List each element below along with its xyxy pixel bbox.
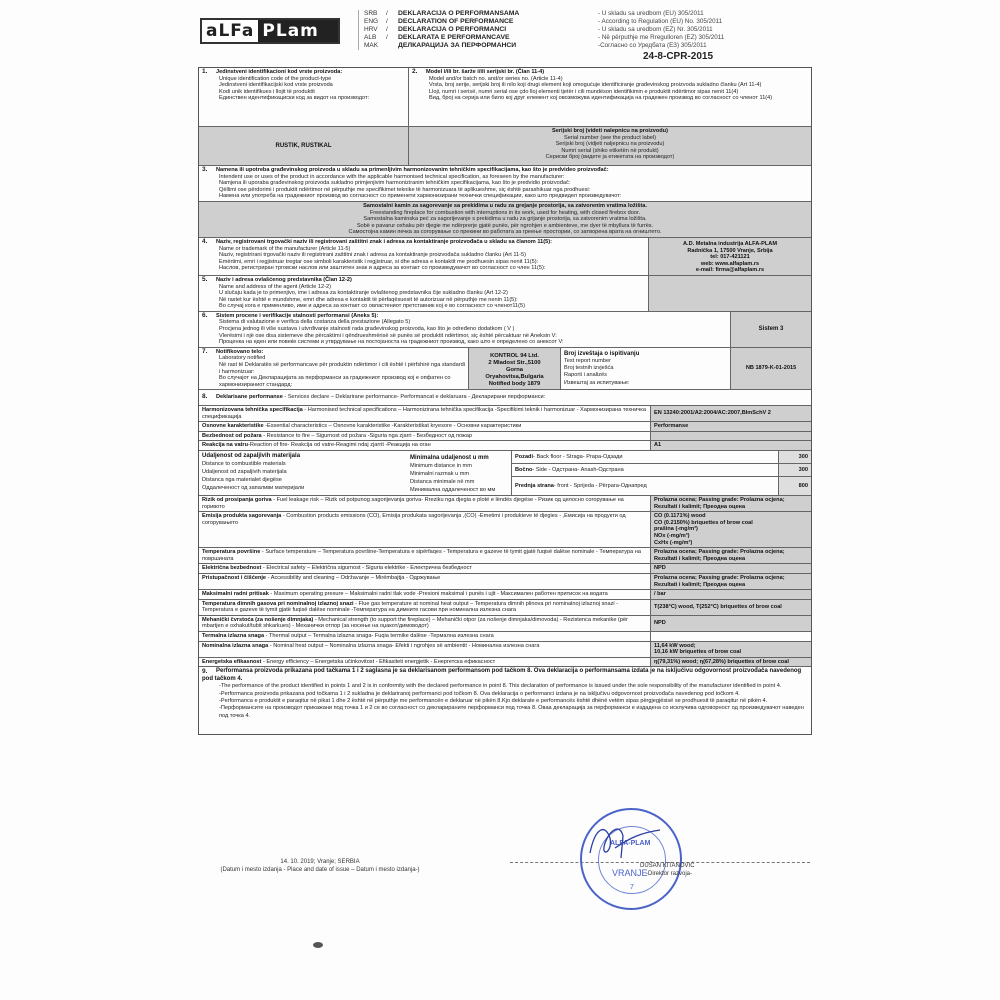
perf-row-essential-characteristics: Osnovne karakteristike -Essential charac… [199, 422, 811, 432]
alfaplam-logo: aLFa PLam [200, 18, 340, 44]
distance-front: Prednja strana - front - Sprijeda - Përp… [512, 477, 811, 495]
manufacturer-address: A.D. Metalna industrija ALFA-PLAM Radnič… [649, 238, 811, 275]
perf-row-accessibility: Pristupačnost i čišćenje - Accessibility… [199, 574, 811, 590]
section-8-header: 8.Deklarisane performanse - Services dec… [199, 390, 811, 406]
product-type-value: RUSTIK, RUSTIKAL [199, 127, 409, 165]
perf-row-thermal-output: Termalna izlazna snaga - Thermal output … [199, 632, 811, 642]
section-6: 6.Sistem procene i verifikacije stalnost… [199, 312, 811, 348]
section-9: 9.Performansa proizvoda prikazana pod ta… [199, 667, 811, 734]
perf-row-distance: Udaljenost od zapaljivih materijala Dist… [199, 451, 811, 496]
notified-body-value: KONTROL 94 Ltd. 2 Mladost Str.,5100 Gorn… [469, 348, 561, 390]
serial-number-value: Serijski broj (videti nalepnicu na proiz… [409, 127, 811, 165]
distance-values: Pozadi - Back floor - Straga- Prapa-Одза… [512, 451, 811, 495]
perf-row-energy-efficiency: Energetska efikasnost - Energy efficienc… [199, 658, 811, 668]
perf-row-electrical-safety: Električna bezbednost - Electrical safet… [199, 564, 811, 574]
section-1-2-values: RUSTIK, RUSTIKAL Serijski broj (videti n… [199, 127, 811, 166]
declaration-table: 1.Jedinstveni identifikacioni kod vrste … [198, 67, 812, 735]
perf-row-max-pressure: Maksimalni radni pritisak - Maximum oper… [199, 590, 811, 600]
language-codes: SRB ENG HRV ALB MAK [358, 10, 378, 50]
perf-row-mechanical-strength: Mehanički čvrstoća (za nošenje dimnjaka)… [199, 616, 811, 632]
regulation-references: - U skladu sa uredbom (EU) 305/2011 - Ac… [598, 10, 724, 50]
section-1-label: 1.Jedinstveni identifikacioni kod vrste … [199, 68, 409, 126]
signature [585, 818, 665, 868]
section-4: 4.Naziv, registrovani trgovački naziv il… [199, 238, 811, 276]
document-number: 24-8-CPR-2015 [588, 51, 768, 62]
issue-date-place: 14. 10. 2019; Vranje; SERBIA (Datum i me… [190, 858, 450, 874]
distance-back: Pozadi - Back floor - Straga- Prapa-Одза… [512, 451, 811, 464]
signer: DUŠAN KITANOVIĆ -Direktor razvoja- [640, 862, 695, 878]
perf-row-surface-temperature: Temperatura površine - Surface temperatu… [199, 548, 811, 564]
distance-side: Bočno - Side - Одстрана- Anash-Одстрана … [512, 464, 811, 477]
declaration-page: aLFa PLam SRB ENG HRV ALB MAK //// DEKLA… [0, 0, 1000, 1000]
signer-name: DUŠAN KITANOVIĆ [640, 862, 695, 870]
agent-address-value [649, 276, 811, 311]
distance-label: Udaljenost od zapaljivih materijala Dist… [199, 451, 407, 495]
document-titles: DEKLARACIJA O PERFORMANSAMA DECLARATION … [398, 10, 519, 50]
perf-row-fuel-leakage: Rizik od prosipanja goriva - Fuel leakag… [199, 496, 811, 512]
intended-use-value: Samostalni kamin za sagorevanje sa preki… [199, 202, 811, 238]
perf-row-fire-safety: Bezbednost od požara - Resistance to fir… [199, 432, 811, 442]
minimum-distance-label: Minimalna udaljenost u mm Minimum distan… [407, 451, 512, 495]
ink-spot [313, 942, 323, 948]
perf-row-emissions: Emisija produkta sagorevanja - Combustio… [199, 512, 811, 548]
section-3: 3.Namena ili upotreba građevinskog proiz… [199, 166, 811, 202]
section-1-2: 1.Jedinstveni identifikacioni kod vrste … [199, 68, 811, 127]
assessment-system-value: Sistem 3 [731, 312, 811, 347]
perf-row-harmonised-spec: Harmonizovana tehnička specifikacija - H… [199, 406, 811, 422]
document-header: aLFa PLam SRB ENG HRV ALB MAK //// DEKLA… [198, 8, 810, 56]
test-report-number: NB 1879-K-01-2015 [731, 348, 811, 390]
section-7: 7.Notifikovano telo: Laboratory notified… [199, 348, 811, 391]
perf-row-reaction-to-fire: Reakcija na vatru-Reaction of fire- Reak… [199, 441, 811, 451]
perf-row-flue-gas-temperature: Temperatura dimnih gasova pri nominalnoj… [199, 600, 811, 616]
perf-row-nominal-output: Nominalna izlazna snaga - Nominal heat o… [199, 642, 811, 658]
separators: //// [386, 10, 388, 42]
section-5: 5.Naziv i adresa ovlašćenog predstavnika… [199, 276, 811, 312]
section-2-label: 2.Model i/ili br. šarže i/ili serijski b… [409, 68, 811, 126]
signer-title: -Direktor razvoja- [640, 870, 695, 878]
test-report-label: Broj izveštaja o ispitivanju Test report… [561, 348, 731, 390]
